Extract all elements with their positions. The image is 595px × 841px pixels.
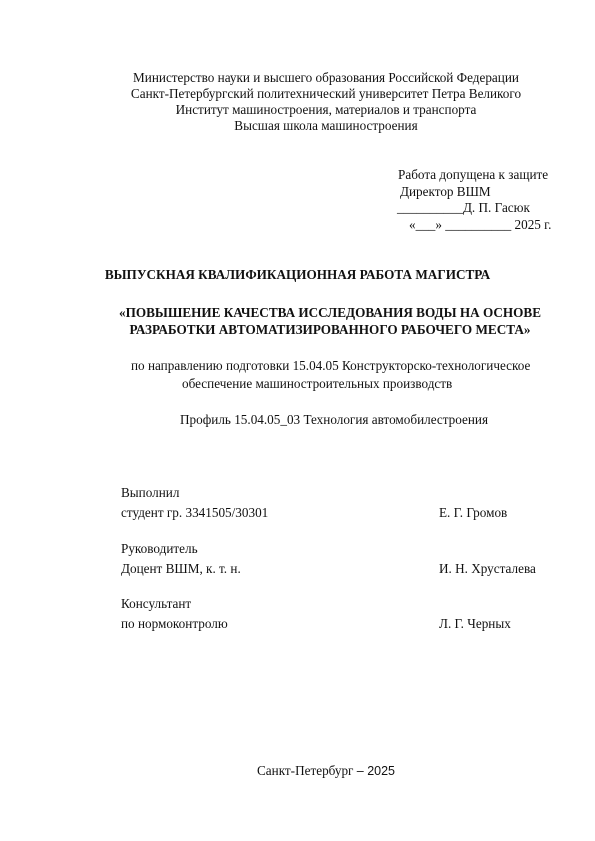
- document-type-title: ВЫПУСКНАЯ КВАЛИФИКАЦИОННАЯ РАБОТА МАГИСТ…: [0, 267, 595, 283]
- study-direction: по направлению подготовки 15.04.05 Конст…: [131, 357, 530, 393]
- university-line: Санкт-Петербургский политехнический унив…: [0, 86, 595, 102]
- institute-line: Институт машиностроения, материалов и тр…: [0, 102, 595, 118]
- topic-line-2: РАЗРАБОТКИ АВТОМАТИЗИРОВАННОГО РАБОЧЕГО …: [0, 321, 595, 338]
- author-position: студент гр. 3341505/30301: [121, 503, 268, 523]
- direction-line-2: обеспечение машиностроительных производс…: [131, 375, 530, 393]
- consultant-position: по нормоконтролю: [121, 614, 228, 634]
- organization-header: Министерство науки и высшего образования…: [0, 70, 595, 134]
- ministry-line: Министерство науки и высшего образования…: [0, 70, 595, 86]
- footer-year: – 2025: [357, 764, 395, 778]
- consultant-role: Консультант: [121, 594, 191, 614]
- supervisor-role: Руководитель: [121, 539, 198, 559]
- consultant-name: Л. Г. Черных: [439, 614, 511, 634]
- thesis-topic: «ПОВЫШЕНИЕ КАЧЕСТВА ИССЛЕДОВАНИЯ ВОДЫ НА…: [0, 304, 595, 338]
- author-name: Е. Г. Громов: [439, 503, 507, 523]
- signature-consultant: Консультант по нормоконтролю Л. Г. Черны…: [121, 594, 551, 634]
- signature-author: Выполнил студент гр. 3341505/30301 Е. Г.…: [121, 483, 551, 523]
- approval-block: Работа допущена к защите Директор ВШМ __…: [398, 167, 551, 233]
- direction-line-1: по направлению подготовки 15.04.05 Конст…: [131, 357, 530, 375]
- approval-status: Работа допущена к защите: [398, 167, 551, 184]
- study-profile: Профиль 15.04.05_03 Технология автомобил…: [180, 412, 488, 428]
- supervisor-position: Доцент ВШМ, к. т. н.: [121, 559, 241, 579]
- supervisor-name: И. Н. Хрусталева: [439, 559, 536, 579]
- approver-title: Директор ВШМ: [398, 184, 551, 201]
- topic-line-1: «ПОВЫШЕНИЕ КАЧЕСТВА ИССЛЕДОВАНИЯ ВОДЫ НА…: [0, 304, 595, 321]
- footer-city: Санкт-Петербург: [257, 763, 354, 778]
- approval-date-line: «___» __________ 2025 г.: [398, 217, 551, 234]
- school-line: Высшая школа машиностроения: [0, 118, 595, 134]
- signature-supervisor: Руководитель Доцент ВШМ, к. т. н. И. Н. …: [121, 539, 551, 579]
- author-role: Выполнил: [121, 483, 179, 503]
- footer-city-year: Санкт-Петербург – 2025: [0, 763, 595, 779]
- approver-signature-line: __________Д. П. Гасюк: [397, 200, 551, 217]
